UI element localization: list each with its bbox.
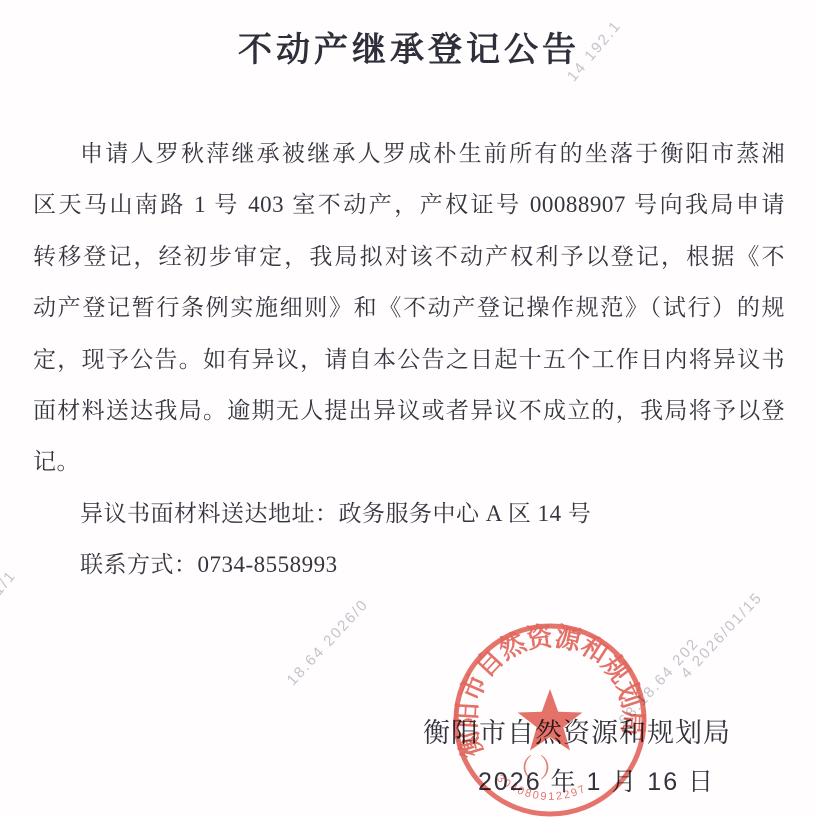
issue-date: 2026 年 1 月 16 日 bbox=[478, 762, 715, 798]
address-line: 异议书面材料送达地址：政务服务中心 A 区 14 号 bbox=[33, 488, 785, 539]
authority-name: 衡阳市自然资源和规划局 bbox=[423, 711, 731, 750]
body-line: 面材料送达我局。逾期无人提出异议或者异议不成立的，我局将予以登 bbox=[33, 385, 785, 436]
body-line: 动产登记暂行条例实施细则》和《不动产登记操作规范》（试行）的规 bbox=[33, 282, 785, 333]
contact-line: 联系方式：0734-8558993 bbox=[33, 539, 785, 590]
body-line: 记。 bbox=[33, 436, 785, 487]
document-title: 不动产继承登记公告 bbox=[0, 22, 818, 71]
scanned-document-page: 14 192.1 18.64 2026/0 026/01/1 68.18.64 … bbox=[0, 0, 818, 818]
body-line: 区天马山南路 1 号 403 室不动产，产权证号 00088907 号向我局申请 bbox=[33, 179, 785, 230]
document-body: 申请人罗秋萍继承被继承人罗成朴生前所有的坐落于衡阳市蒸湘 区天马山南路 1 号 … bbox=[33, 128, 785, 591]
body-line: 申请人罗秋萍继承被继承人罗成朴生前所有的坐落于衡阳市蒸湘 bbox=[33, 128, 785, 179]
watermark-fragment: 026/01/1 bbox=[0, 567, 20, 635]
body-line: 转移登记，经初步审定，我局拟对该不动产权利予以登记，根据《不 bbox=[33, 231, 785, 282]
watermark-fragment: 18.64 2026/0 bbox=[284, 596, 373, 689]
body-line: 定，现予公告。如有异议，请自本公告之日起十五个工作日内将异议书 bbox=[33, 334, 785, 385]
